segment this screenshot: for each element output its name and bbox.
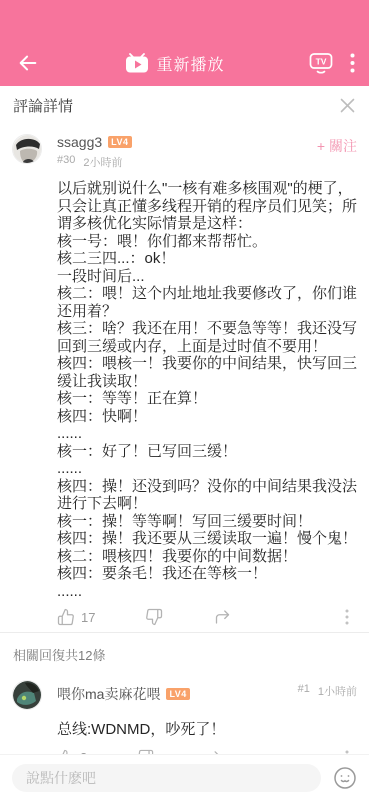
share-button[interactable]: [213, 608, 232, 626]
share-arrow-icon: [213, 608, 232, 626]
header-title: 重新播放: [156, 52, 224, 75]
comment-username[interactable]: ssagg3: [57, 134, 102, 150]
comment-detail-bar: 評論詳情: [0, 86, 369, 124]
reply-avatar[interactable]: [12, 680, 42, 710]
follow-button[interactable]: + 關注: [317, 136, 357, 156]
level-badge: LV4: [108, 136, 131, 148]
like-button[interactable]: 17: [57, 608, 95, 626]
reply-body: 总线:WDNMD，吵死了！: [57, 718, 357, 739]
kebab-menu-icon: [350, 53, 355, 73]
comment-composer: [0, 754, 369, 800]
emoji-button[interactable]: [333, 766, 357, 790]
header-menu-button[interactable]: [350, 53, 355, 73]
reply-floor: #1: [298, 683, 310, 699]
comment-more-button[interactable]: [345, 609, 349, 625]
panel-title: 評論詳情: [13, 95, 73, 116]
tv-cast-icon: TV: [308, 51, 334, 75]
reply-time: 1小時前: [318, 683, 357, 699]
svg-text:TV: TV: [316, 57, 327, 67]
comment-floor: #30: [57, 154, 75, 170]
level-badge: LV4: [166, 688, 189, 700]
back-arrow-icon: [17, 52, 39, 74]
comment-scroll-area[interactable]: ssagg3 LV4 #30 2小時前 + 關注 以后就别说什么"一核有难多核围…: [0, 124, 369, 754]
replies-header: 相關回復共12條: [0, 633, 369, 674]
thumbs-down-icon: [145, 608, 163, 626]
avatar[interactable]: [12, 134, 42, 164]
comment-input[interactable]: [12, 764, 321, 792]
close-icon: [339, 97, 356, 114]
thumbs-up-icon: [57, 608, 75, 626]
dislike-button[interactable]: [145, 608, 163, 626]
reply-item: 喂你ma卖麻花喂 LV4 #1 1小時前 总线:WDNMD，吵死了！ 2: [0, 674, 369, 754]
back-button[interactable]: [14, 49, 42, 77]
app-header: 重新播放 TV: [0, 0, 369, 86]
tv-cast-button[interactable]: TV: [308, 51, 334, 75]
kebab-menu-icon: [345, 609, 349, 625]
like-count: 17: [81, 610, 95, 625]
comment-time: 2小時前: [83, 154, 122, 170]
comment-body: 以后就别说什么"一核有难多核围观"的梗了，只会让真正懂多线程开销的程序员们见笑；…: [57, 180, 359, 600]
app-screen: 重新播放 TV: [0, 0, 369, 800]
smiley-icon: [333, 766, 357, 790]
main-comment: ssagg3 LV4 #30 2小時前 + 關注 以后就别说什么"一核有难多核围…: [0, 124, 369, 626]
bilibili-play-icon: [125, 53, 149, 73]
close-button[interactable]: [339, 97, 356, 114]
replay-button[interactable]: 重新播放: [42, 52, 308, 75]
reply-username[interactable]: 喂你ma卖麻花喂: [57, 684, 160, 704]
